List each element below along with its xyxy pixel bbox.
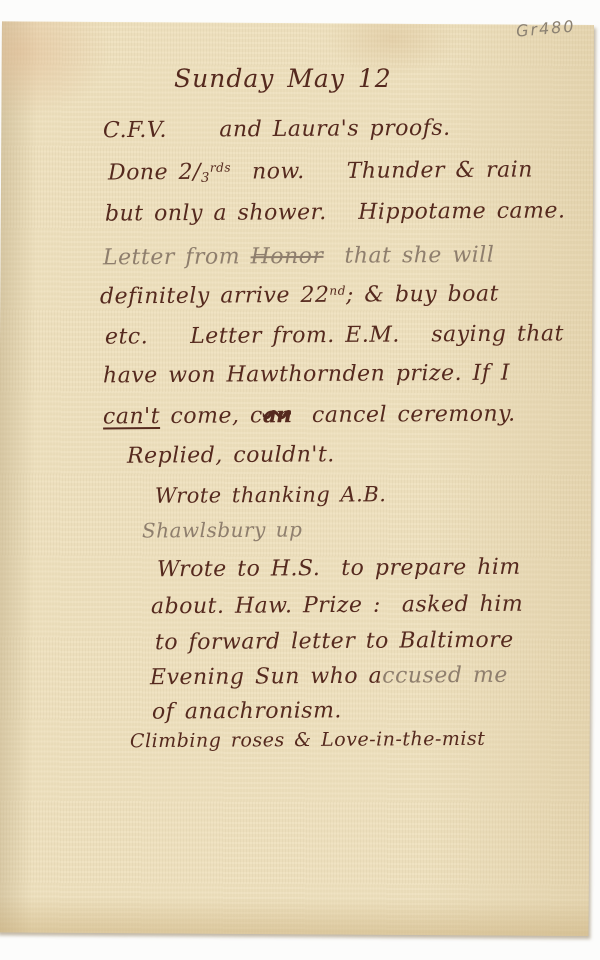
manuscript-text-segment: definitely arrive 22	[100, 283, 330, 310]
manuscript-line: Done 2/3rds now. Thunder & rain	[108, 158, 533, 186]
manuscript-text-segment: cancel ceremony.	[291, 402, 516, 429]
manuscript-line: to forward letter to Baltimore	[155, 628, 514, 656]
manuscript-line: about. Haw. Prize : asked him	[151, 592, 523, 620]
manuscript-line: Shawlsbury up	[142, 517, 303, 542]
manuscript-text-segment: of anachronism.	[152, 698, 342, 724]
manuscript-line: but only a shower. Hippotame came.	[105, 198, 566, 226]
manuscript-text-segment: about. Haw. Prize : asked him	[151, 592, 523, 620]
manuscript-line: Wrote to H.S. to prepare him	[157, 555, 521, 583]
manuscript-line: Wrote thanking A.B.	[155, 482, 387, 508]
manuscript-text-segment: ccused me	[382, 663, 508, 689]
manuscript-text-segment: ; & buy boat	[346, 282, 499, 308]
manuscript-text-segment: to forward letter to Baltimore	[155, 628, 514, 656]
manuscript-text-segment: have won Hawthornden prize. If I	[103, 361, 510, 389]
manuscript-line: Climbing roses & Love-in-the-mist	[130, 728, 486, 752]
manuscript-text-segment: Shawlsbury up	[142, 517, 303, 542]
manuscript-text-segment: Done 2/	[108, 160, 201, 186]
manuscript-line: can't come, can cancel ceremony.	[103, 401, 516, 430]
manuscript-line: have won Hawthornden prize. If I	[103, 361, 510, 389]
manuscript-line: definitely arrive 22nd; & buy boat	[100, 282, 499, 310]
manuscript-text-segment: 3	[201, 171, 210, 186]
manuscript-text-segment: come, c	[160, 403, 263, 429]
manuscript-line: C.F.V. and Laura's proofs.	[103, 116, 451, 143]
scanned-page-stage: Gr480 Sunday May 12 C.F.V. and Laura's p…	[0, 0, 600, 960]
manuscript-text-segment: Replied, couldn't.	[127, 442, 335, 468]
manuscript-text-segment: nd	[329, 284, 346, 298]
manuscript-text-segment: Letter from	[103, 244, 251, 270]
manuscript-text-segment: Honor	[251, 244, 324, 270]
manuscript-text-segment: an	[263, 402, 291, 428]
manuscript-text-segment: can't	[103, 404, 160, 429]
manuscript-line: Letter from Honor that she will	[103, 243, 495, 271]
manuscript-text-segment: Evening Sun who a	[150, 664, 382, 691]
manuscript-text-segment: Climbing roses & Love-in-the-mist	[130, 728, 486, 752]
manuscript-text-segment: C.F.V. and Laura's proofs.	[103, 116, 451, 143]
manuscript-line: Replied, couldn't.	[127, 442, 335, 468]
manuscript-line: etc. Letter from. E.M. saying that	[105, 321, 564, 349]
manuscript-text-segment: etc. Letter from. E.M. saying that	[105, 321, 564, 349]
diary-entry-date-title: Sunday May 12	[174, 64, 392, 93]
manuscript-text-segment: that she will	[323, 243, 494, 269]
manuscript-text-segment: now. Thunder & rain	[231, 158, 533, 185]
manuscript-text-segment: Wrote thanking A.B.	[155, 482, 387, 508]
manuscript-text-segment: but only a shower. Hippotame came.	[105, 198, 566, 226]
manuscript-line: Evening Sun who accused me	[150, 663, 508, 690]
manuscript-line: of anachronism.	[152, 698, 342, 724]
manuscript-text-segment: rds	[210, 161, 231, 175]
manuscript-text-segment: Wrote to H.S. to prepare him	[157, 555, 521, 583]
